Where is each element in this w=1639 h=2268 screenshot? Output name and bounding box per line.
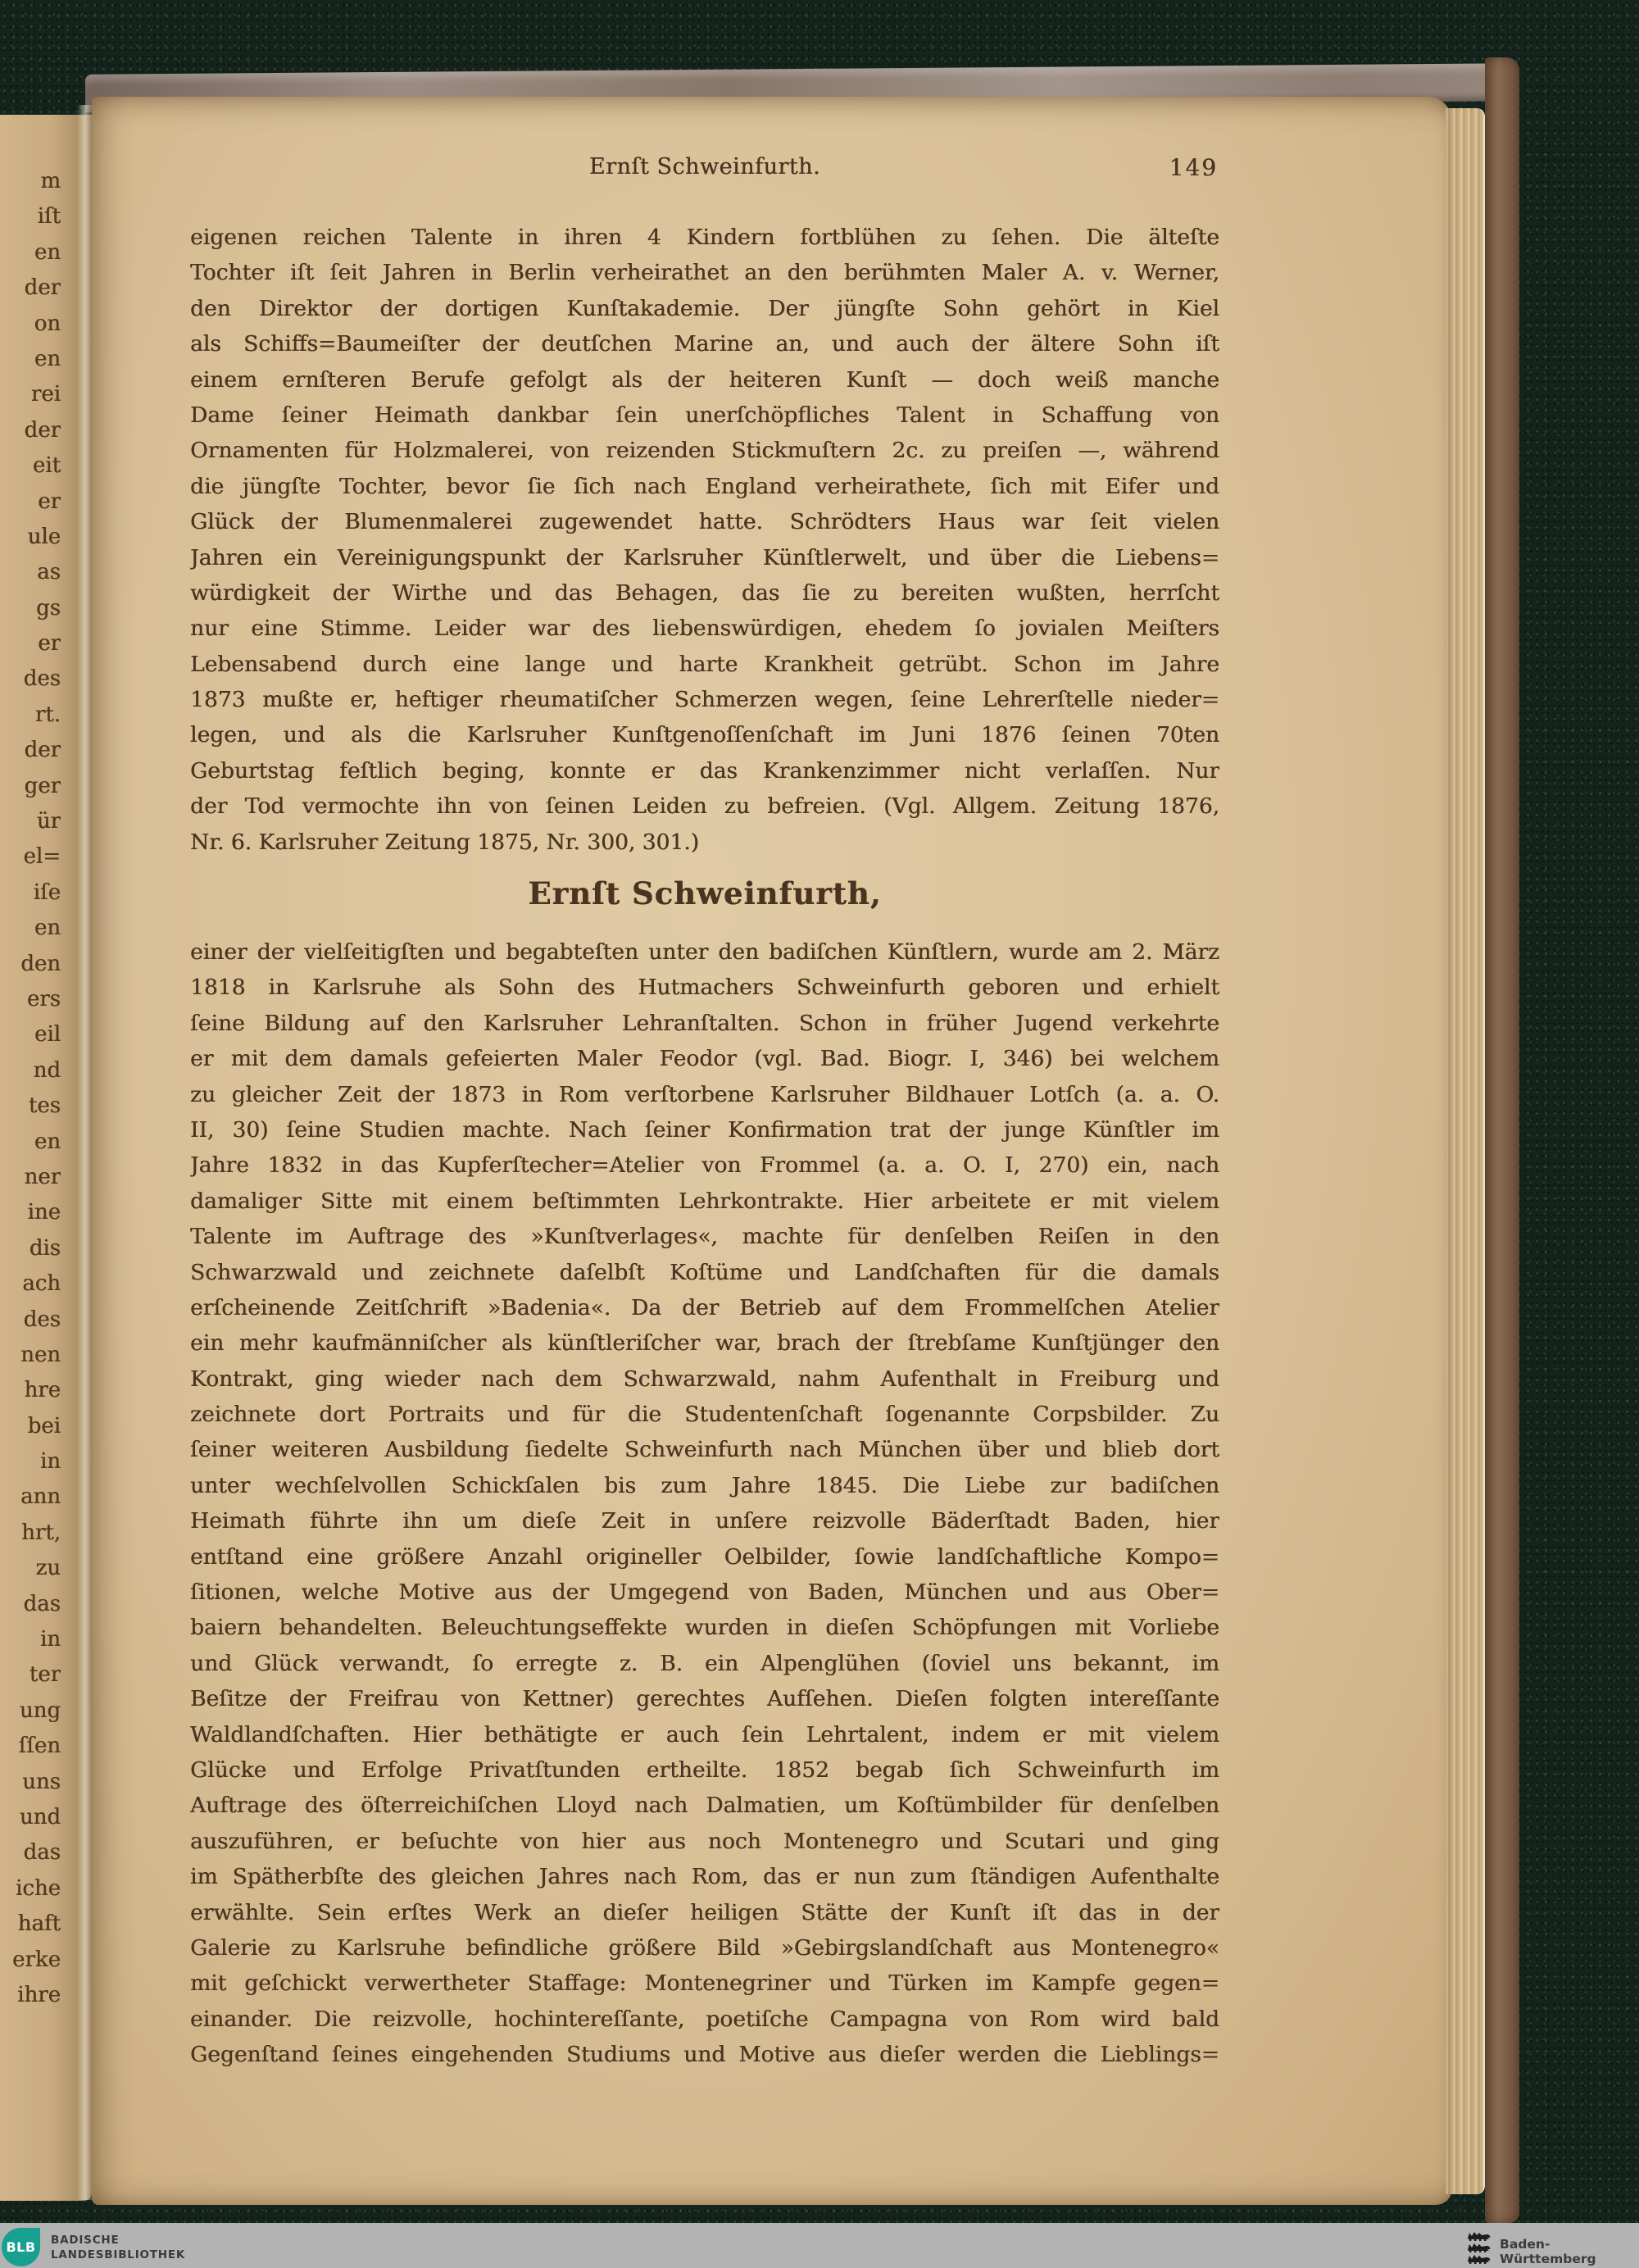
text-fragment: er xyxy=(0,484,61,520)
running-head-row: Ernſt Schweinfurth. 149 xyxy=(190,154,1219,187)
text-fragment: ann xyxy=(0,1479,61,1515)
text-line: Beſitze der Freifrau von Kettner) gerech… xyxy=(190,1681,1219,1716)
running-head: Ernſt Schweinfurth. xyxy=(190,154,1219,180)
text-line: den Direktor der dortigen Kunſtakademie.… xyxy=(190,291,1219,326)
paragraph-schweinfurth-biography: einer der vielſeitigſten und begabteſten… xyxy=(190,934,1219,2073)
text-fragment: nd xyxy=(0,1053,61,1089)
text-line: Lebensabend durch eine lange und harte K… xyxy=(190,647,1219,682)
text-fragment: ine xyxy=(0,1195,61,1230)
text-line: Glück der Blumenmalerei zugewendet hatte… xyxy=(190,504,1219,539)
facing-page-text-fragments: miſtenderonenreidereiteruleasgserdesrt.d… xyxy=(0,164,61,2013)
text-line: baiern behandelten. Beleuchtungseffekte … xyxy=(190,1610,1219,1645)
text-line: einem ernſteren Berufe gefolgt als der h… xyxy=(190,362,1219,398)
text-fragment: und xyxy=(0,1800,61,1835)
text-fragment: den xyxy=(0,947,61,982)
library-name: BADISCHE LANDESBIBLIOTHEK xyxy=(51,2234,185,2262)
text-fragment: m xyxy=(0,164,61,199)
text-line: einer der vielſeitigſten und begabteſten… xyxy=(190,934,1219,970)
text-fragment: en xyxy=(0,1125,61,1160)
state-wordmark: Baden-Württemberg xyxy=(1500,2237,1639,2266)
text-line: eigenen reichen Talente in ihren 4 Kinde… xyxy=(190,220,1219,255)
text-line: Talente im Auftrage des »Kunſtverlages«,… xyxy=(190,1219,1219,1254)
book-cover-fore-edge xyxy=(1485,57,1519,2223)
paragraph-schroedter-continuation: eigenen reichen Talente in ihren 4 Kinde… xyxy=(190,220,1219,860)
text-line: nur eine Stimme. Leider war des liebensw… xyxy=(190,611,1219,646)
text-line: auszuführen, er beſuchte von hier aus no… xyxy=(190,1824,1219,1859)
text-fragment: der xyxy=(0,270,61,306)
text-fragment: ach xyxy=(0,1266,61,1302)
text-line: erwählte. Sein erſtes Werk an dieſer hei… xyxy=(190,1895,1219,1930)
text-line: Galerie zu Karlsruhe befindliche größere… xyxy=(190,1930,1219,1966)
text-fragment: ger xyxy=(0,769,61,804)
text-line: Gegenſtand ſeines eingehenden Studiums u… xyxy=(190,2037,1219,2072)
text-line: ein mehr kaufmänniſcher als künſtleriſch… xyxy=(190,1325,1219,1361)
text-fragment: on xyxy=(0,307,61,342)
text-fragment: das xyxy=(0,1835,61,1870)
text-line: würdigkeit der Wirthe und das Behagen, d… xyxy=(190,575,1219,611)
text-line: erſcheinende Zeitſchrift »Badenia«. Da d… xyxy=(190,1290,1219,1325)
text-fragment: ers xyxy=(0,982,61,1017)
page-leaf-edges xyxy=(1446,108,1483,2194)
text-fragment: bei xyxy=(0,1409,61,1444)
text-line: zeichnete dort Portraits und für die Stu… xyxy=(190,1397,1219,1432)
text-line: ſitionen, welche Motive aus der Umgegend… xyxy=(190,1575,1219,1610)
text-fragment: eit xyxy=(0,448,61,484)
text-fragment: dis xyxy=(0,1231,61,1266)
text-fragment: ner xyxy=(0,1160,61,1195)
blb-logo: BLB xyxy=(2,2228,40,2266)
text-fragment: rei xyxy=(0,377,61,412)
text-line: entſtand eine größere Anzahl origineller… xyxy=(190,1539,1219,1575)
text-line: und Glück verwandt, ſo erregte z. B. ein… xyxy=(190,1646,1219,1681)
text-line: legen, und als die Karlsruher Kunſtgenoſ… xyxy=(190,717,1219,752)
text-fragment: ung xyxy=(0,1693,61,1729)
text-fragment: ule xyxy=(0,520,61,555)
text-line: Jahre 1832 in das Kupferſtecher=Atelier … xyxy=(190,1148,1219,1183)
text-line: Geburtstag feſtlich beging, konnte er da… xyxy=(190,753,1219,789)
text-line: er mit dem damals gefeierten Maler Feodo… xyxy=(190,1041,1219,1076)
text-fragment: zu xyxy=(0,1551,61,1586)
baden-wuerttemberg-coat-of-arms-icon xyxy=(1465,2229,1491,2264)
text-fragment: des xyxy=(0,661,61,697)
text-line: Ornamenten für Holzmalerei, von reizende… xyxy=(190,433,1219,468)
text-fragment: gs xyxy=(0,591,61,626)
text-line: unter wechſelvollen Schickſalen bis zum … xyxy=(190,1468,1219,1503)
text-fragment: iche xyxy=(0,1871,61,1907)
text-fragment: ihre xyxy=(0,1978,61,2013)
text-line: Jahren ein Vereinigungspunkt der Karlsru… xyxy=(190,540,1219,575)
text-fragment: der xyxy=(0,733,61,768)
text-line: Tochter iſt ſeit Jahren in Berlin verhei… xyxy=(190,255,1219,290)
text-fragment: tes xyxy=(0,1089,61,1124)
text-line: Dame ſeiner Heimath dankbar ſein unerſch… xyxy=(190,398,1219,433)
text-line: zu gleicher Zeit der 1873 in Rom verſtor… xyxy=(190,1077,1219,1112)
text-fragment: in xyxy=(0,1622,61,1657)
text-line: Nr. 6. Karlsruher Zeitung 1875, Nr. 300,… xyxy=(190,825,1219,860)
text-fragment: ter xyxy=(0,1657,61,1693)
text-line: einander. Die reizvolle, hochintereſſant… xyxy=(190,2002,1219,2037)
text-line: Waldlandſchaften. Hier bethätigte er auc… xyxy=(190,1717,1219,1752)
library-footer-bar xyxy=(0,2223,1639,2268)
text-line: 1818 in Karlsruhe als Sohn des Hutmacher… xyxy=(190,970,1219,1005)
text-fragment: erke xyxy=(0,1943,61,1978)
text-fragment: en xyxy=(0,911,61,946)
text-fragment: as xyxy=(0,555,61,590)
text-line: der Tod vermochte ihn von ſeinen Leiden … xyxy=(190,789,1219,824)
library-name-line1: BADISCHE xyxy=(51,2234,185,2248)
text-line: ſeiner weiteren Ausbildung ſiedelte Schw… xyxy=(190,1432,1219,1467)
text-line: Kontrakt, ging wieder nach dem Schwarzwa… xyxy=(190,1361,1219,1397)
text-line: ſeine Bildung auf den Karlsruher Lehranſ… xyxy=(190,1006,1219,1041)
text-fragment: nen xyxy=(0,1338,61,1373)
text-fragment: des xyxy=(0,1302,61,1338)
text-line: als Schiffs=Baumeiſter der deutſchen Mar… xyxy=(190,326,1219,361)
text-fragment: rt. xyxy=(0,698,61,733)
text-fragment: ſſen xyxy=(0,1729,61,1764)
text-line: II, 30) ſeine Studien machte. Nach ſeine… xyxy=(190,1112,1219,1148)
text-line: damaliger Sitte mit einem beſtimmten Leh… xyxy=(190,1184,1219,1219)
text-fragment: in xyxy=(0,1444,61,1479)
text-fragment: ür xyxy=(0,804,61,839)
text-fragment: el= xyxy=(0,839,61,875)
section-heading: Ernſt Schweinfurth, xyxy=(190,875,1219,911)
text-fragment: iſt xyxy=(0,199,61,234)
text-line: Heimath führte ihn um dieſe Zeit in unſe… xyxy=(190,1503,1219,1539)
text-fragment: haft xyxy=(0,1907,61,1942)
text-fragment: das xyxy=(0,1587,61,1622)
text-line: mit geſchickt verwertheter Staffage: Mon… xyxy=(190,1966,1219,2001)
text-line: die jüngſte Tochter, bevor ſie ſich nach… xyxy=(190,469,1219,504)
text-fragment: iſe xyxy=(0,875,61,911)
text-line: Glücke und Erfolge Privatſtunden ertheil… xyxy=(190,1752,1219,1788)
text-fragment: eil xyxy=(0,1017,61,1052)
page-number: 149 xyxy=(1169,154,1218,181)
text-line: Auftrage des öſterreichiſchen Lloyd nach… xyxy=(190,1788,1219,1823)
text-line: Schwarzwald und zeichnete daſelbſt Koſtü… xyxy=(190,1255,1219,1290)
text-fragment: hre xyxy=(0,1373,61,1408)
text-fragment: hrt, xyxy=(0,1516,61,1551)
text-line: im Spätherbſte des gleichen Jahres nach … xyxy=(190,1859,1219,1894)
text-fragment: der xyxy=(0,413,61,448)
library-name-line2: LANDESBIBLIOTHEK xyxy=(51,2248,185,2263)
text-fragment: en xyxy=(0,235,61,270)
text-fragment: uns xyxy=(0,1765,61,1800)
text-line: 1873 mußte er, heftiger rheumatiſcher Sc… xyxy=(190,682,1219,717)
text-fragment: er xyxy=(0,626,61,661)
text-fragment: en xyxy=(0,342,61,377)
